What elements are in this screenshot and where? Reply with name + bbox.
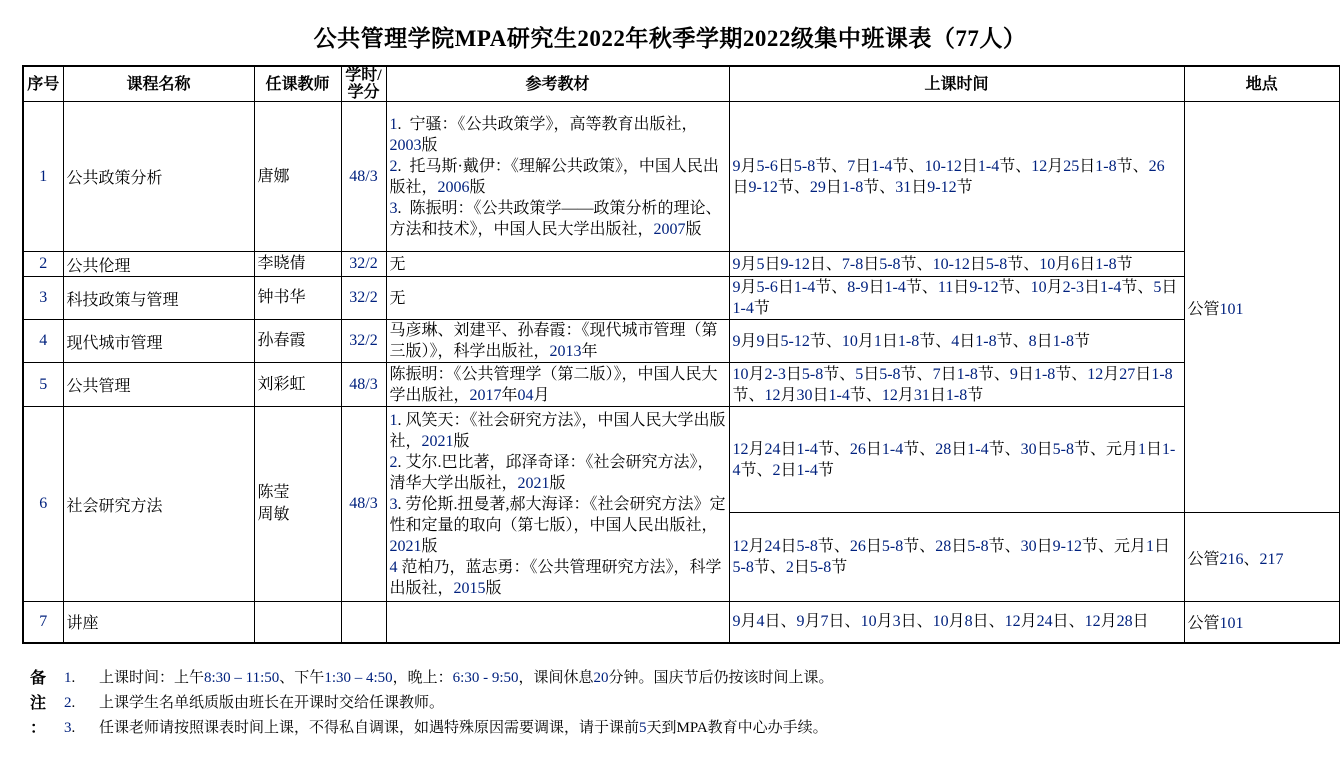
textbook-item: 无 [390,288,726,309]
note-number: 1. [64,666,99,691]
table-row: 6 社会研究方法 陈莹 周敏 48/3 1. 风笑天：《社会研究方法》，中国人民… [23,407,1340,513]
cell-time: 9月9日5-12节、10月1日1-8节、4日1-8节、8日1-8节 [729,320,1184,363]
textbook-item: 1. 风笑天：《社会研究方法》，中国人民大学出版社，2021版 [390,410,726,452]
table-row: 1 公共政策分析 唐娜 48/3 1. 宁骚：《公共政策学》，高等教育出版社，2… [23,102,1340,252]
cell-course: 科技政策与管理 [63,277,254,320]
header-no: 序号 [23,66,63,102]
note-text: 任课老师请按照课表时间上课，不得私自调课，如遇特殊原因需要调课，请于课前5天到M… [99,716,834,741]
cell-time: 12月24日1-4节、26日1-4节、28日1-4节、30日5-8节、元月1日1… [729,407,1184,513]
cell-no: 1 [23,102,63,252]
cell-textbook: 无 [386,277,729,320]
textbook-item: 1. 宁骚：《公共政策学》，高等教育出版社，2003版 [390,114,726,156]
cell-textbook: 1. 风笑天：《社会研究方法》，中国人民大学出版社，2021版 2. 艾尔.巴比… [386,407,729,602]
header-time: 上课时间 [729,66,1184,102]
cell-no: 5 [23,363,63,407]
cell-course: 现代城市管理 [63,320,254,363]
cell-time: 9月5-6日5-8节、7日1-4节、10-12日1-4节、12月25日1-8节、… [729,102,1184,252]
cell-time: 9月5日9-12日、7-8日5-8节、10-12日5-8节、10月6日1-8节 [729,252,1184,277]
cell-no: 7 [23,602,63,643]
notes-items: 1. 上课时间：上午8:30 – 11:50、下午1:30 – 4:50，晚上：… [64,666,834,741]
cell-teacher: 陈莹 周敏 [254,407,341,602]
header-teacher: 任课教师 [254,66,341,102]
table-row: 7 讲座 9月4日、9月7日、10月3日、10月8日、12月24日、12月28日… [23,602,1340,643]
table-row: 4 现代城市管理 孙春霞 32/2 马彦琳、刘建平、孙春霞：《现代城市管理（第三… [23,320,1340,363]
cell-location-merged: 公管101 [1184,102,1340,513]
cell-time: 9月4日、9月7日、10月3日、10月8日、12月24日、12月28日 [729,602,1184,643]
cell-location: 公管216、217 [1184,513,1340,602]
cell-no: 4 [23,320,63,363]
table-row: 5 公共管理 刘彩虹 48/3 陈振明：《公共管理学（第二版）》，中国人民大学出… [23,363,1340,407]
cell-course: 社会研究方法 [63,407,254,602]
cell-textbook [386,602,729,643]
cell-no: 6 [23,407,63,602]
cell-hours: 48/3 [341,407,386,602]
cell-course: 公共管理 [63,363,254,407]
header-textbook: 参考教材 [386,66,729,102]
table-row: 2 公共伦理 李晓倩 32/2 无 9月5日9-12日、7-8日5-8节、10-… [23,252,1340,277]
cell-hours: 48/3 [341,102,386,252]
cell-hours: 32/2 [341,252,386,277]
header-location: 地点 [1184,66,1340,102]
cell-no: 3 [23,277,63,320]
header-hours: 学时/学分 [341,66,386,102]
textbook-item: 马彦琳、刘建平、孙春霞：《现代城市管理（第三版）》，科学出版社，2013年 [390,320,726,362]
cell-time: 10月2-3日5-8节、5日5-8节、7日1-8节、9日1-8节、12月27日1… [729,363,1184,407]
note-item: 1. 上课时间：上午8:30 – 11:50、下午1:30 – 4:50，晚上：… [64,666,834,691]
header-course: 课程名称 [63,66,254,102]
page-title: 公共管理学院MPA研究生2022年秋季学期2022级集中班课表（77人） [0,0,1340,65]
note-item: 2. 上课学生名单纸质版由班长在开课时交给任课教师。 [64,691,834,716]
cell-textbook: 无 [386,252,729,277]
notes-section: 备 注 ： 1. 上课时间：上午8:30 – 11:50、下午1:30 – 4:… [30,666,1340,741]
cell-teacher: 李晓倩 [254,252,341,277]
cell-location: 公管101 [1184,602,1340,643]
cell-teacher: 孙春霞 [254,320,341,363]
textbook-item: 3. 劳伦斯.扭曼著,郝大海译：《社会研究方法》定性和定量的取向（第七版），中国… [390,494,726,557]
note-text: 上课时间：上午8:30 – 11:50、下午1:30 – 4:50，晚上：6:3… [99,666,834,691]
textbook-item: 陈振明：《公共管理学（第二版）》，中国人民大学出版社，2017年04月 [390,364,726,406]
cell-no: 2 [23,252,63,277]
cell-textbook: 陈振明：《公共管理学（第二版）》，中国人民大学出版社，2017年04月 [386,363,729,407]
cell-course: 公共伦理 [63,252,254,277]
note-number: 3. [64,716,99,741]
textbook-item: 无 [390,254,726,275]
header-row: 序号 课程名称 任课教师 学时/学分 参考教材 上课时间 地点 [23,66,1340,102]
cell-time: 9月5-6日1-4节、8-9日1-4节、11日9-12节、10月2-3日1-4节… [729,277,1184,320]
cell-course: 公共政策分析 [63,102,254,252]
cell-textbook: 马彦琳、刘建平、孙春霞：《现代城市管理（第三版）》，科学出版社，2013年 [386,320,729,363]
cell-time: 12月24日5-8节、26日5-8节、28日5-8节、30日9-12节、元月1日… [729,513,1184,602]
textbook-item: 2. 艾尔.巴比著，邱泽奇译：《社会研究方法》，清华大学出版社，2021版 [390,452,726,494]
cell-teacher: 唐娜 [254,102,341,252]
cell-teacher: 刘彩虹 [254,363,341,407]
textbook-item: 3. 陈振明：《公共政策学——政策分析的理论、方法和技术》，中国人民大学出版社，… [390,198,726,240]
cell-textbook: 1. 宁骚：《公共政策学》，高等教育出版社，2003版 2. 托马斯·戴伊：《理… [386,102,729,252]
cell-course: 讲座 [63,602,254,643]
cell-hours: 32/2 [341,277,386,320]
table-row: 3 科技政策与管理 钟书华 32/2 无 9月5-6日1-4节、8-9日1-4节… [23,277,1340,320]
note-text: 上课学生名单纸质版由班长在开课时交给任课教师。 [99,691,834,716]
note-number: 2. [64,691,99,716]
cell-hours: 32/2 [341,320,386,363]
schedule-table: 序号 课程名称 任课教师 学时/学分 参考教材 上课时间 地点 1 公共政策分析… [22,65,1340,644]
note-item: 3. 任课老师请按照课表时间上课，不得私自调课，如遇特殊原因需要调课，请于课前5… [64,716,834,741]
notes-label: 备 注 ： [30,666,54,741]
textbook-item: 2. 托马斯·戴伊：《理解公共政策》，中国人民出版社，2006版 [390,156,726,198]
cell-teacher [254,602,341,643]
cell-teacher: 钟书华 [254,277,341,320]
cell-hours: 48/3 [341,363,386,407]
cell-hours [341,602,386,643]
textbook-item: 4 范柏乃，蓝志勇：《公共管理研究方法》，科学出版社，2015版 [390,557,726,599]
